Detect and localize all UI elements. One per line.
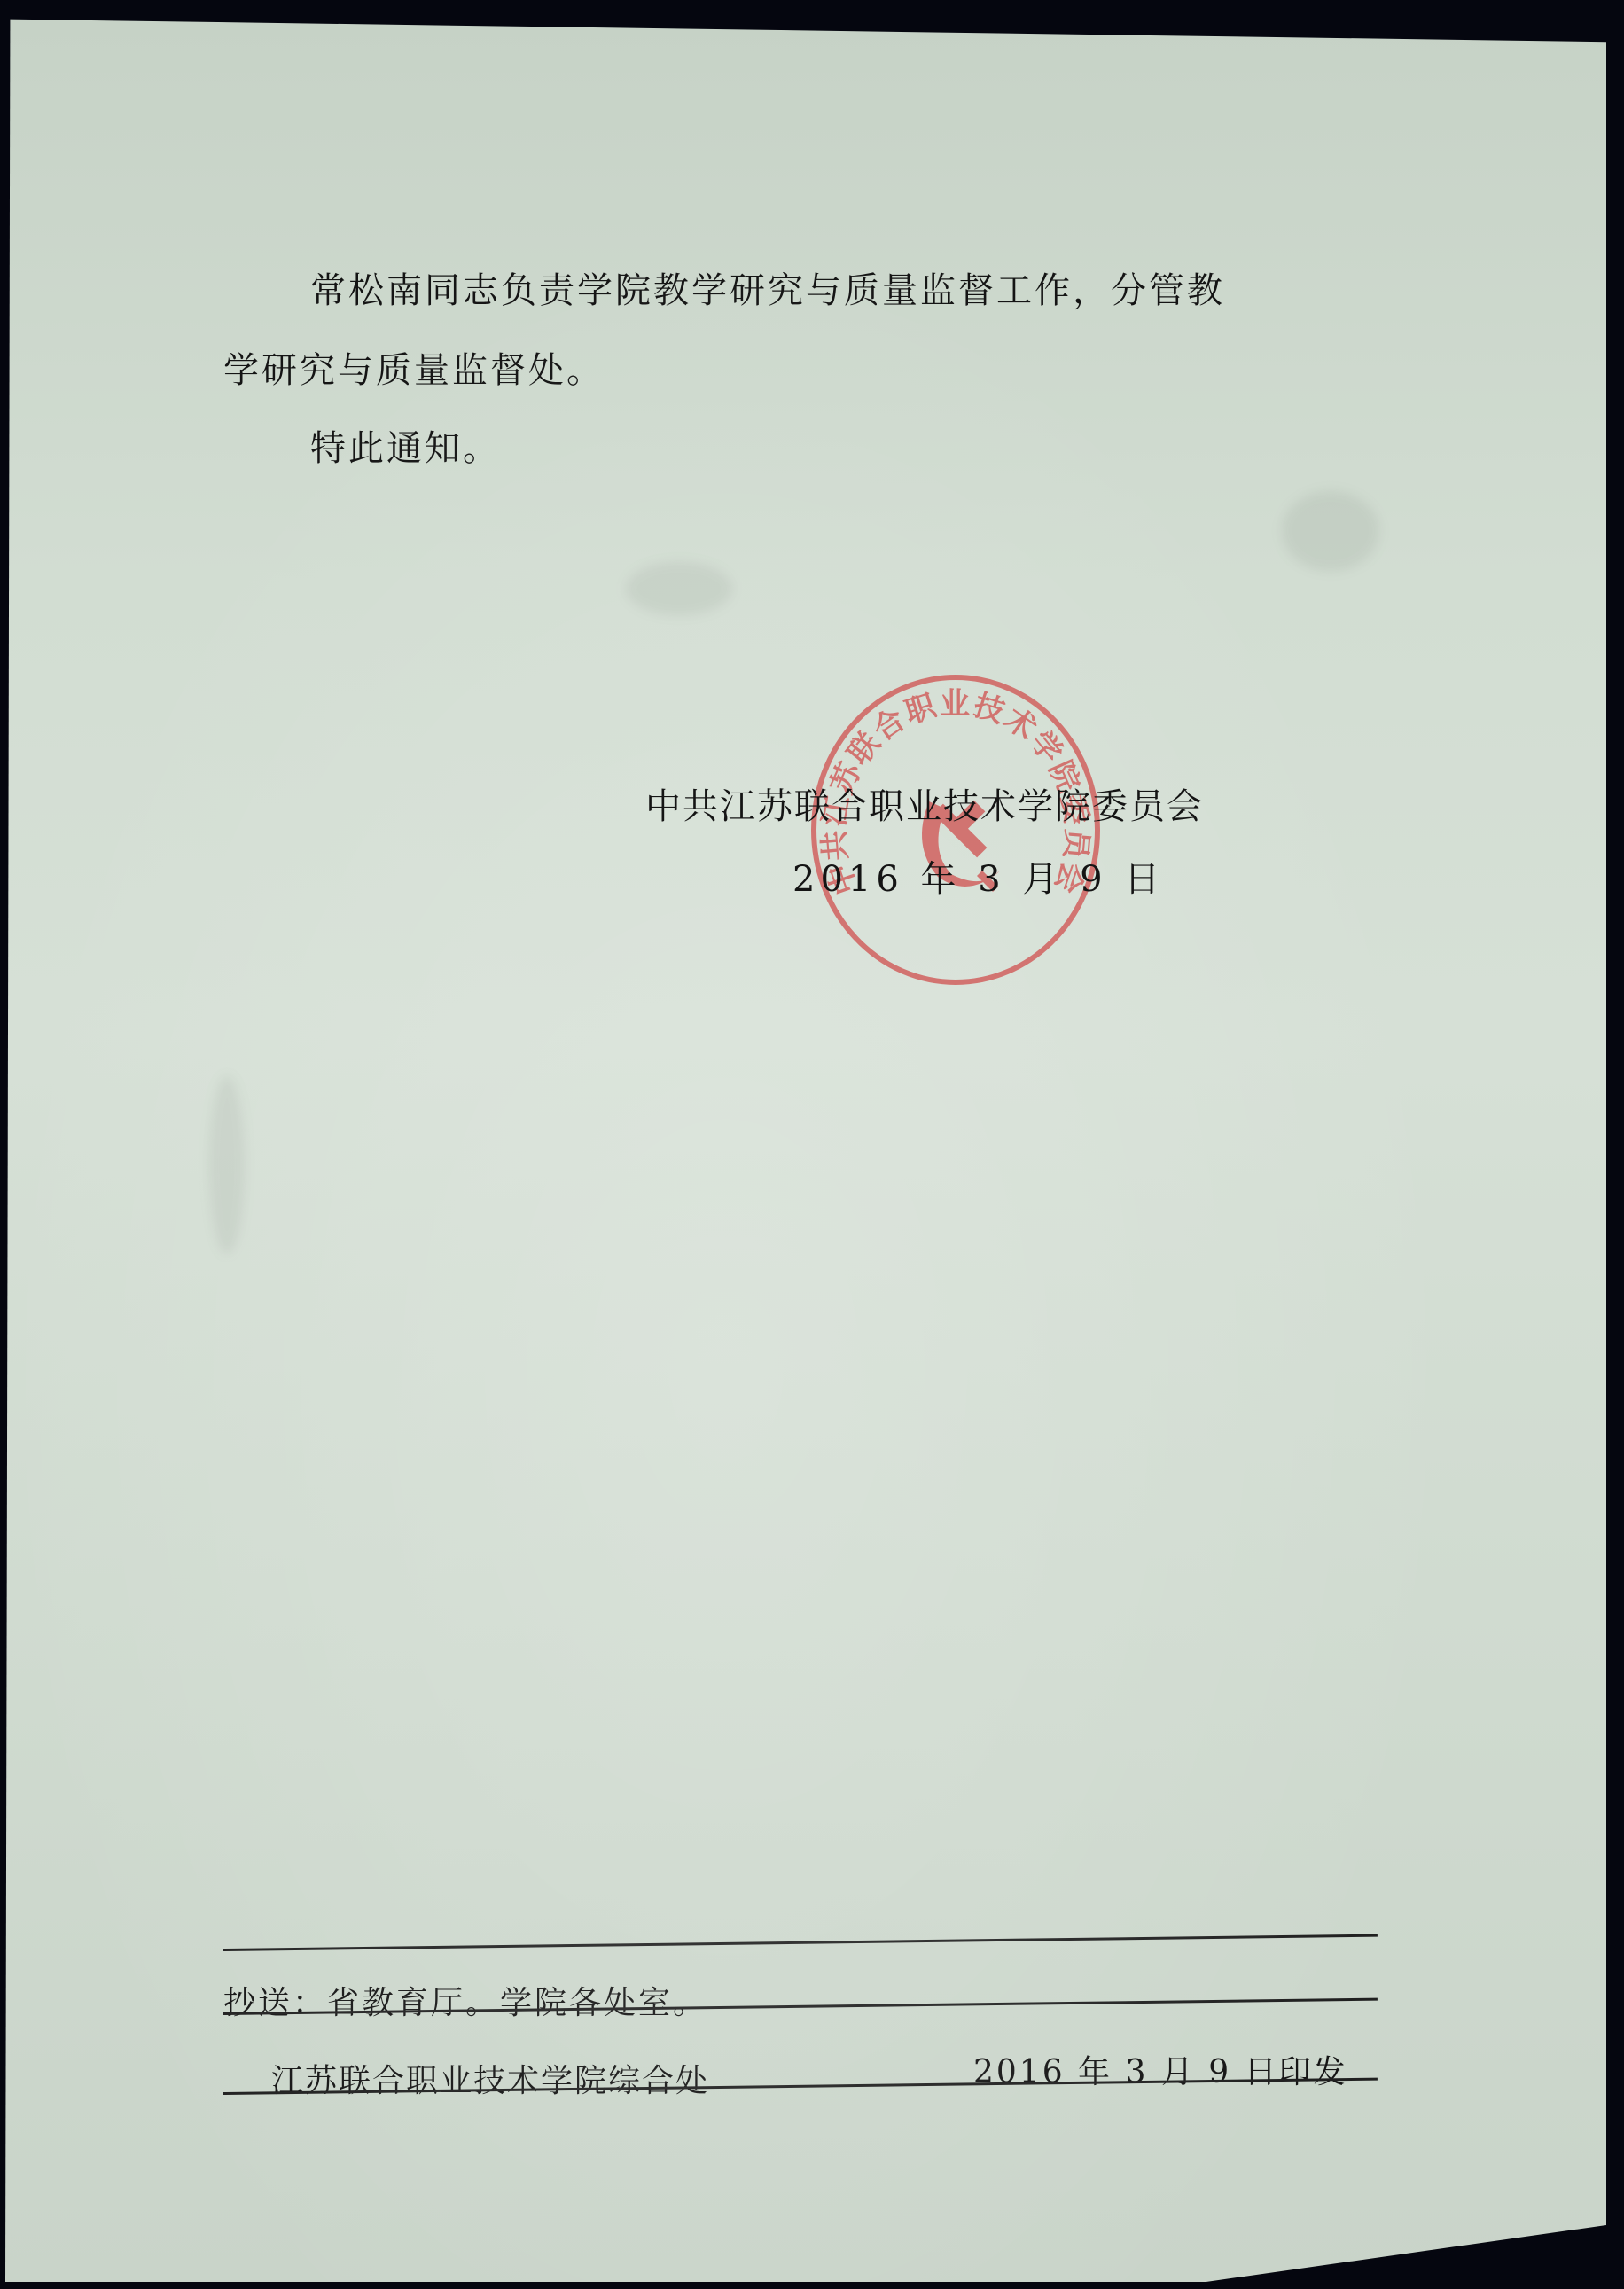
paper-smudge (1282, 491, 1379, 571)
footer-divider (223, 1934, 1378, 1951)
document-page: 常松南同志负责学院教学研究与质量监督工作，分管教 学研究与质量监督处。 特此通知… (5, 12, 1606, 2282)
signing-date: 2016 年 3 月 9 日 (792, 862, 1165, 897)
paper-smudge (209, 1076, 245, 1254)
official-seal: 中共江苏联合职业技术学院委员会 (805, 668, 1106, 988)
closing-line: 特此通知。 (310, 431, 501, 466)
signing-organization: 中共江苏联合职业技术学院委员会 (645, 789, 1204, 824)
cc-recipients: 抄送：省教育厅。学院各处室。 (223, 1988, 707, 2019)
paper-smudge (626, 562, 732, 615)
body-paragraph-line: 常松南同志负责学院教学研究与质量监督工作，分管教 (310, 273, 1225, 309)
body-paragraph-line: 学研究与质量监督处。 (223, 353, 605, 388)
